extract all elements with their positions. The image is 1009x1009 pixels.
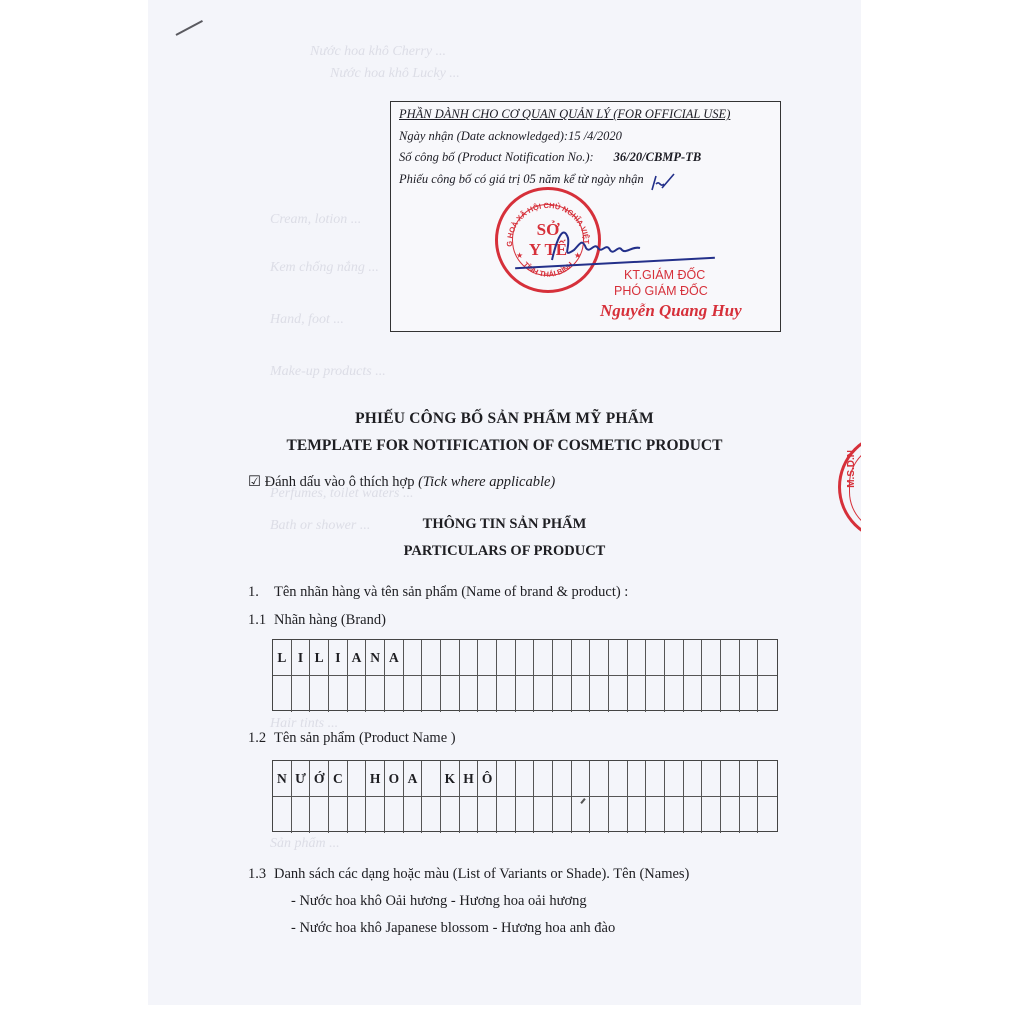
grid-cell[interactable] — [534, 640, 553, 676]
grid-cell[interactable] — [497, 797, 516, 833]
variant-item: - Nước hoa khô Japanese blossom - Hương … — [291, 920, 615, 937]
grid-cell[interactable] — [329, 797, 348, 833]
checkbox-icon: ☑ — [248, 474, 261, 490]
grid-cell[interactable] — [590, 640, 609, 676]
grid-cell[interactable] — [422, 797, 441, 833]
bleed-through-text: Cream, lotion ... — [270, 212, 361, 228]
variant-item: - Nước hoa khô Oải hương - Hương hoa oải… — [291, 893, 587, 910]
tick-text: Đánh dấu vào ô thích hợp — [265, 474, 415, 490]
grid-cell[interactable] — [721, 797, 740, 833]
grid-cell[interactable] — [292, 797, 311, 833]
signer-name: Nguyễn Quang Huy — [600, 301, 742, 321]
grid-cell[interactable] — [758, 761, 777, 797]
section-title-vietnamese: THÔNG TIN SẢN PHẨM — [148, 516, 861, 533]
grid-cell[interactable]: A — [385, 640, 404, 676]
grid-cell[interactable] — [646, 676, 665, 712]
grid-cell[interactable] — [702, 676, 721, 712]
grid-cell[interactable] — [441, 640, 460, 676]
signature-icon — [548, 224, 658, 264]
grid-cell[interactable] — [516, 797, 535, 833]
grid-cell[interactable] — [422, 640, 441, 676]
grid-cell[interactable] — [702, 640, 721, 676]
grid-cell[interactable] — [628, 761, 647, 797]
grid-cell[interactable] — [646, 761, 665, 797]
notification-number: Số công bố (Product Notification No.):36… — [399, 150, 701, 165]
grid-cell[interactable] — [366, 676, 385, 712]
grid-cell[interactable] — [441, 676, 460, 712]
grid-cell[interactable] — [404, 676, 423, 712]
grid-cell[interactable] — [534, 676, 553, 712]
grid-cell[interactable] — [385, 676, 404, 712]
grid-cell[interactable]: N — [366, 640, 385, 676]
bleed-through-text: Nước hoa khô Lucky ... — [330, 66, 460, 82]
item-1-3: 1.3Danh sách các dạng hoặc màu (List of … — [248, 866, 689, 883]
item-label: Danh sách các dạng hoặc màu (List of Var… — [274, 866, 689, 882]
grid-cell[interactable] — [758, 797, 777, 833]
item-number: 1.1 — [248, 612, 274, 629]
grid-cell[interactable] — [702, 761, 721, 797]
grid-cell[interactable] — [609, 676, 628, 712]
grid-cell[interactable] — [497, 676, 516, 712]
grid-cell[interactable]: Ư — [292, 761, 311, 797]
grid-cell[interactable] — [516, 761, 535, 797]
item-1-2: 1.2Tên sản phẩm (Product Name ) — [248, 730, 456, 747]
grid-cell[interactable] — [721, 761, 740, 797]
tick-text-english: (Tick where applicable) — [418, 474, 555, 490]
grid-cell[interactable]: I — [329, 640, 348, 676]
grid-cell[interactable]: L — [310, 640, 329, 676]
grid-cell[interactable] — [628, 640, 647, 676]
grid-cell[interactable] — [478, 640, 497, 676]
grid-cell[interactable]: C — [329, 761, 348, 797]
grid-cell[interactable]: N — [273, 761, 292, 797]
grid-cell[interactable]: Ớ — [310, 761, 329, 797]
grid-cell[interactable] — [497, 761, 516, 797]
grid-cell[interactable] — [460, 640, 479, 676]
bleed-through-text: Make-up products ... — [270, 364, 386, 380]
grid-cell[interactable] — [572, 640, 591, 676]
item-label: Tên nhãn hàng và tên sản phẩm (Name of b… — [274, 584, 628, 600]
item-1: 1.Tên nhãn hàng và tên sản phẩm (Name of… — [248, 584, 628, 601]
grid-cell[interactable] — [628, 797, 647, 833]
grid-cell[interactable] — [478, 676, 497, 712]
official-header: PHẦN DÀNH CHO CƠ QUAN QUẢN LÝ (FOR OFFIC… — [399, 107, 730, 122]
grid-cell[interactable] — [404, 797, 423, 833]
grid-cell[interactable] — [646, 797, 665, 833]
grid-cell[interactable]: K — [441, 761, 460, 797]
grid-cell[interactable] — [684, 761, 703, 797]
brand-grid[interactable]: LILIANA — [272, 639, 778, 711]
notification-value: 36/20/CBMP-TB — [614, 150, 702, 164]
grid-cell[interactable] — [348, 797, 367, 833]
date-label: Ngày nhận (Date acknowledged): — [399, 129, 568, 143]
grid-cell[interactable] — [665, 761, 684, 797]
grid-cell[interactable] — [497, 640, 516, 676]
grid-cell[interactable] — [721, 640, 740, 676]
grid-cell[interactable] — [404, 640, 423, 676]
right-margin — [861, 0, 1009, 1009]
grid-cell[interactable] — [590, 676, 609, 712]
date-acknowledged: Ngày nhận (Date acknowledged):15 /4/2020 — [399, 129, 622, 144]
grid-cell[interactable] — [609, 761, 628, 797]
item-label: Nhãn hàng (Brand) — [274, 612, 386, 628]
grid-cell[interactable]: L — [273, 640, 292, 676]
item-number: 1.2 — [248, 730, 274, 747]
svg-text:★: ★ — [516, 251, 523, 260]
notification-label: Số công bố (Product Notification No.): — [399, 150, 594, 164]
item-1-1: 1.1Nhãn hàng (Brand) — [248, 612, 386, 629]
grid-cell[interactable] — [628, 676, 647, 712]
grid-cell[interactable] — [478, 797, 497, 833]
grid-cell[interactable] — [460, 676, 479, 712]
item-number: 1. — [248, 584, 274, 601]
grid-cell[interactable] — [590, 797, 609, 833]
grid-cell[interactable] — [609, 797, 628, 833]
grid-cell[interactable] — [758, 640, 777, 676]
signer-title-2: PHÓ GIÁM ĐỐC — [614, 284, 708, 298]
grid-cell[interactable] — [553, 797, 572, 833]
date-value: 15 /4/2020 — [568, 129, 622, 143]
grid-cell[interactable] — [422, 761, 441, 797]
bleed-through-text: Sản phẩm ... — [270, 836, 340, 852]
grid-cell[interactable] — [684, 640, 703, 676]
grid-cell[interactable] — [516, 640, 535, 676]
grid-cell[interactable] — [646, 640, 665, 676]
grid-cell[interactable] — [534, 797, 553, 833]
grid-cell[interactable] — [665, 676, 684, 712]
bleed-through-text: Nước hoa khô Cherry ... — [310, 44, 446, 60]
grid-cell[interactable] — [702, 797, 721, 833]
grid-cell[interactable] — [422, 676, 441, 712]
grid-cell[interactable] — [273, 676, 292, 712]
grid-cell[interactable] — [348, 676, 367, 712]
product-name-grid[interactable]: NƯỚCHOAKHÔ — [272, 760, 778, 832]
grid-cell[interactable] — [721, 676, 740, 712]
validity-note: Phiếu công bố có giá trị 05 năm kể từ ng… — [399, 172, 644, 187]
grid-cell[interactable] — [684, 797, 703, 833]
grid-cell[interactable] — [553, 640, 572, 676]
grid-cell[interactable]: H — [460, 761, 479, 797]
section-title-english: PARTICULARS OF PRODUCT — [148, 543, 861, 560]
grid-cell[interactable] — [684, 676, 703, 712]
grid-cell[interactable]: I — [292, 640, 311, 676]
grid-cell[interactable] — [740, 797, 759, 833]
title-vietnamese: PHIẾU CÔNG BỐ SẢN PHẨM MỸ PHẨM — [148, 410, 861, 428]
grid-cell[interactable]: A — [404, 761, 423, 797]
grid-cell[interactable]: Ô — [478, 761, 497, 797]
bleed-through-text: Hand, foot ... — [270, 312, 344, 328]
grid-cell[interactable] — [740, 676, 759, 712]
grid-cell[interactable] — [572, 676, 591, 712]
item-label: Tên sản phẩm (Product Name ) — [274, 730, 456, 746]
grid-cell[interactable] — [366, 797, 385, 833]
tick-instruction: ☑ Đánh dấu vào ô thích hợp (Tick where a… — [248, 474, 555, 491]
grid-cell[interactable] — [441, 797, 460, 833]
grid-cell[interactable] — [590, 761, 609, 797]
grid-cell[interactable] — [665, 640, 684, 676]
bleed-through-text: Kem chống nắng ... — [270, 260, 379, 276]
title-english: TEMPLATE FOR NOTIFICATION OF COSMETIC PR… — [148, 437, 861, 455]
grid-cell[interactable] — [609, 640, 628, 676]
grid-cell[interactable] — [348, 761, 367, 797]
initial-mark-icon — [648, 170, 678, 192]
grid-cell[interactable] — [534, 761, 553, 797]
grid-cell[interactable]: O — [385, 761, 404, 797]
item-number: 1.3 — [248, 866, 274, 883]
grid-cell[interactable] — [553, 676, 572, 712]
grid-cell[interactable] — [740, 761, 759, 797]
grid-cell[interactable]: H — [366, 761, 385, 797]
grid-cell[interactable] — [310, 676, 329, 712]
grid-cell[interactable] — [460, 797, 479, 833]
grid-cell[interactable] — [553, 761, 572, 797]
grid-cell[interactable] — [273, 797, 292, 833]
grid-cell[interactable]: A — [348, 640, 367, 676]
grid-cell[interactable] — [758, 676, 777, 712]
grid-cell[interactable] — [310, 797, 329, 833]
grid-cell[interactable] — [516, 676, 535, 712]
grid-cell[interactable] — [292, 676, 311, 712]
signer-title-1: KT.GIÁM ĐỐC — [624, 268, 705, 282]
grid-cell[interactable] — [329, 676, 348, 712]
grid-cell[interactable] — [572, 761, 591, 797]
grid-cell[interactable] — [385, 797, 404, 833]
grid-cell[interactable] — [740, 640, 759, 676]
grid-cell[interactable] — [665, 797, 684, 833]
edge-stamp-text: M.S.D.N — [846, 450, 857, 488]
